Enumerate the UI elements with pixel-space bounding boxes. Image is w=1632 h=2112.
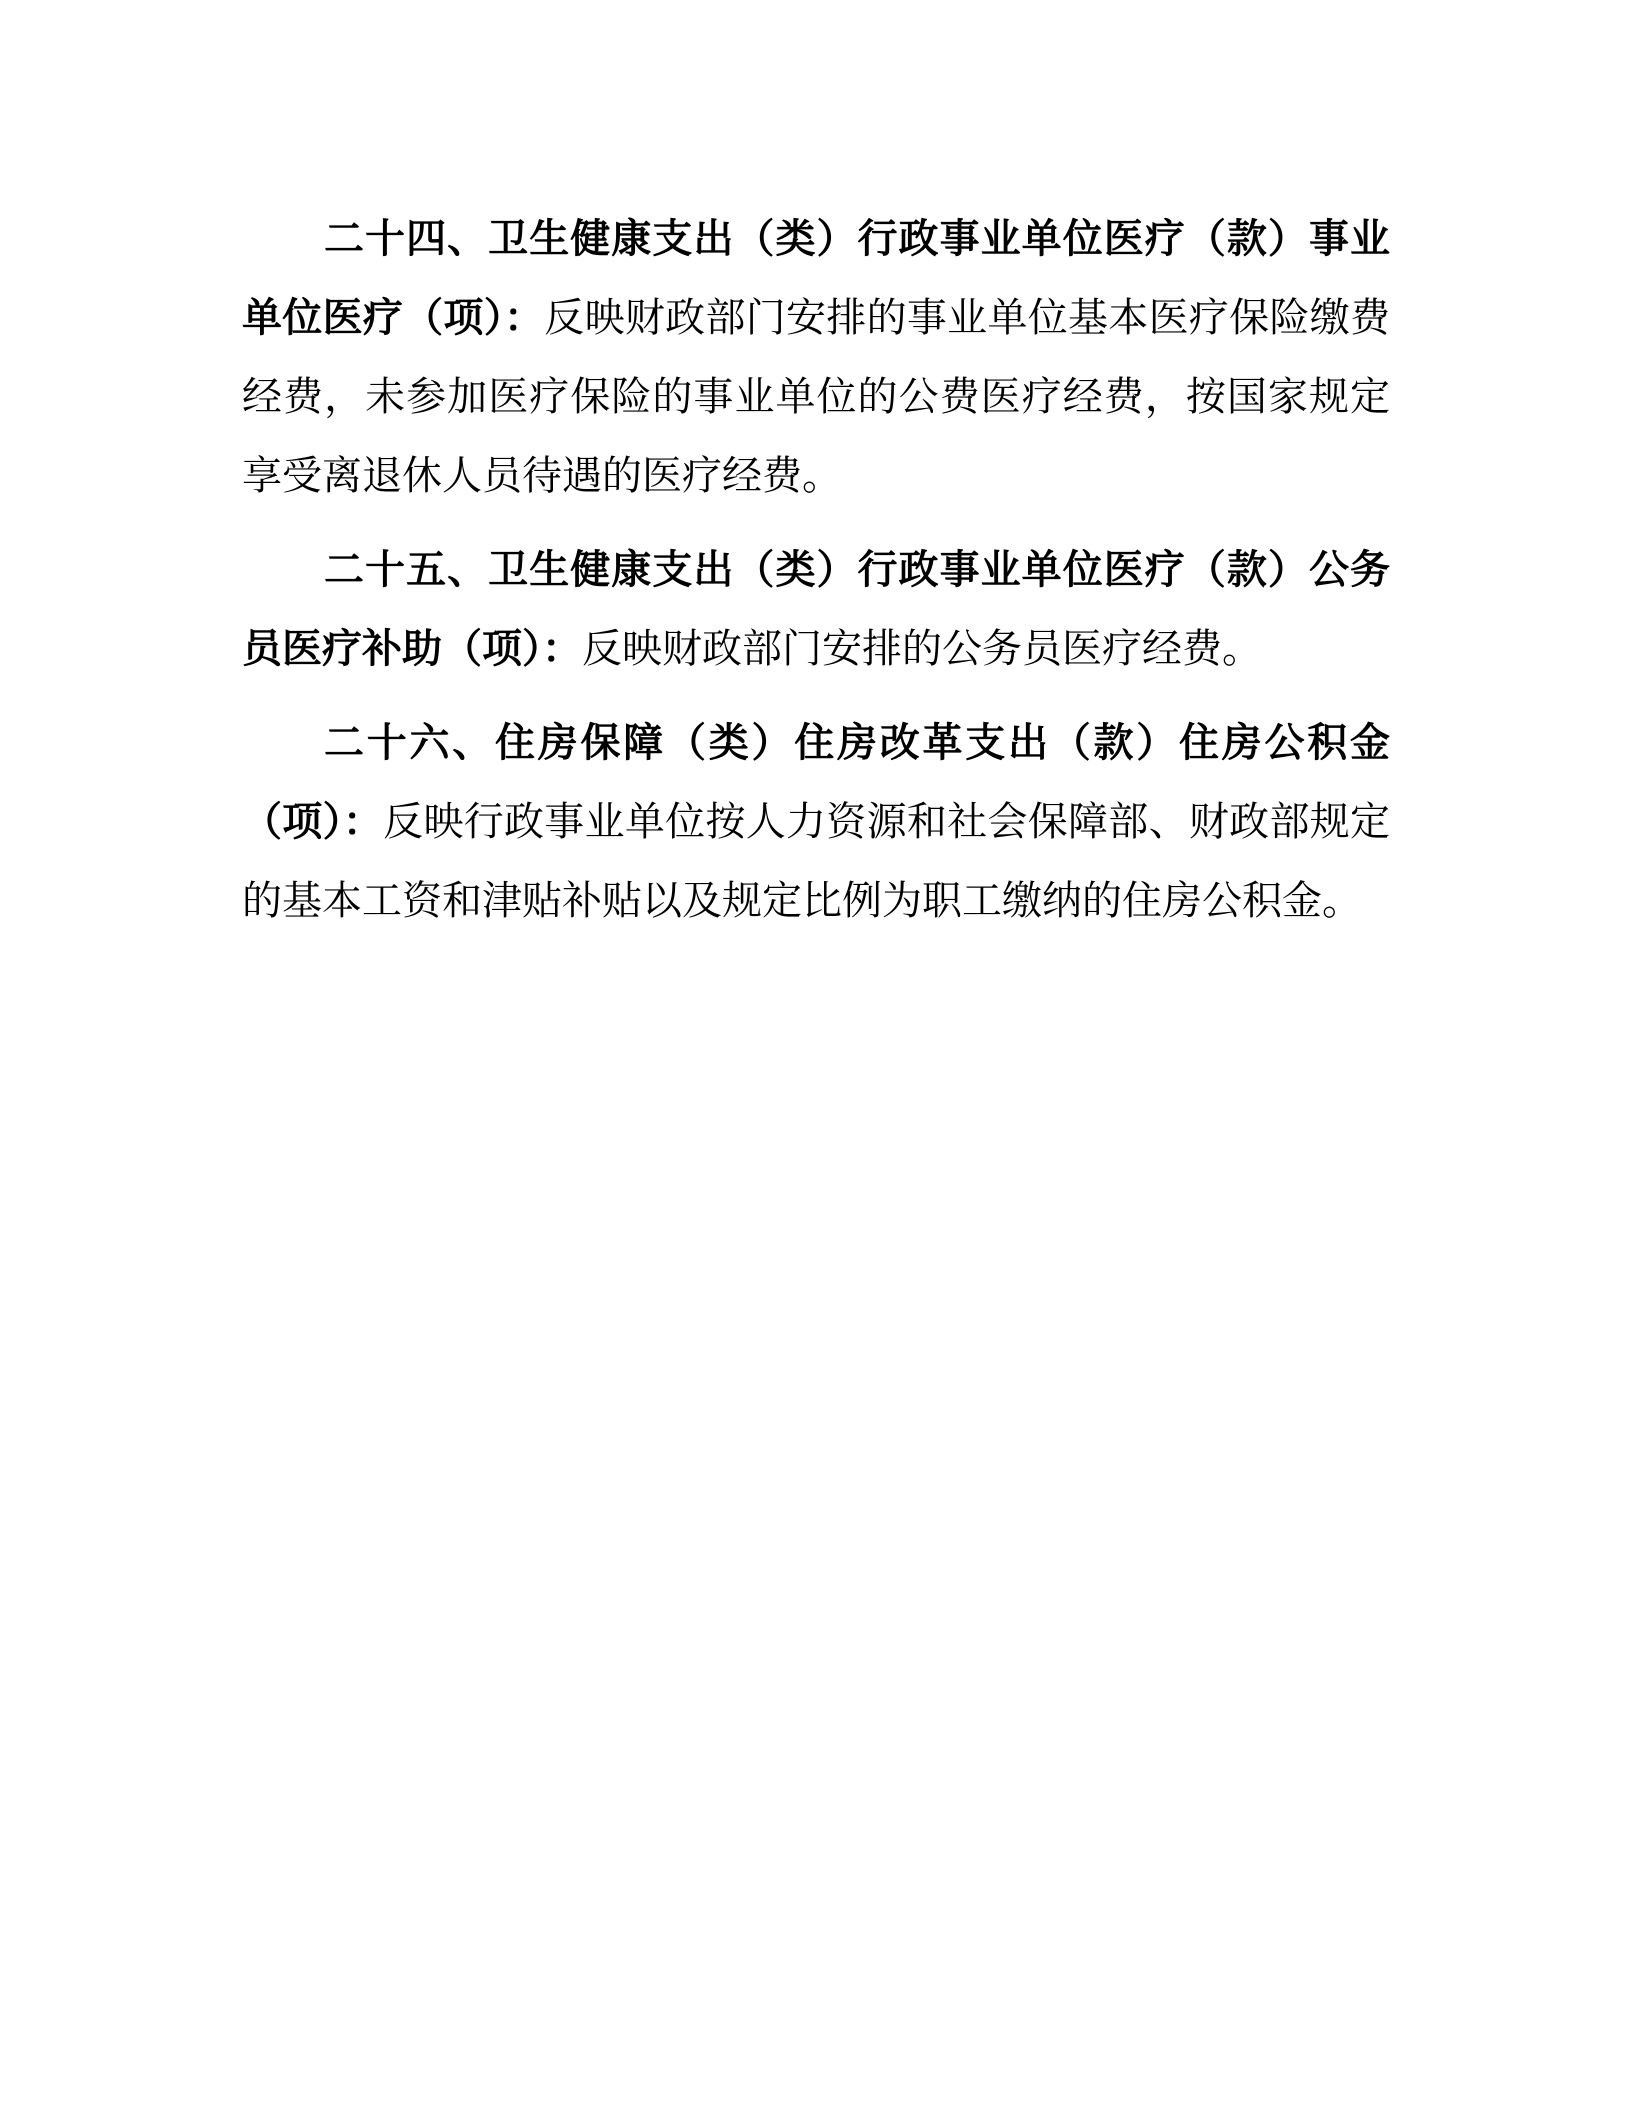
paragraph-body: 反映财政部门安排的公务员医疗经费。 — [582, 626, 1262, 672]
paragraph-item-26: 二十六、住房保障（类）住房改革支出（款）住房公积金（项）：反映行政事业单位按人力… — [242, 704, 1390, 941]
paragraph-item-25: 二十五、卫生健康支出（类）行政事业单位医疗（款）公务员医疗补助（项）：反映财政部… — [242, 531, 1390, 689]
document-page: 二十四、卫生健康支出（类）行政事业单位医疗（款）事业单位医疗（项）：反映财政部门… — [242, 200, 1390, 956]
paragraph-body: 反映行政事业单位按人力资源和社会保障部、财政部规定的基本工资和津贴补贴以及规定比… — [242, 799, 1390, 924]
paragraph-item-24: 二十四、卫生健康支出（类）行政事业单位医疗（款）事业单位医疗（项）：反映财政部门… — [242, 200, 1390, 516]
